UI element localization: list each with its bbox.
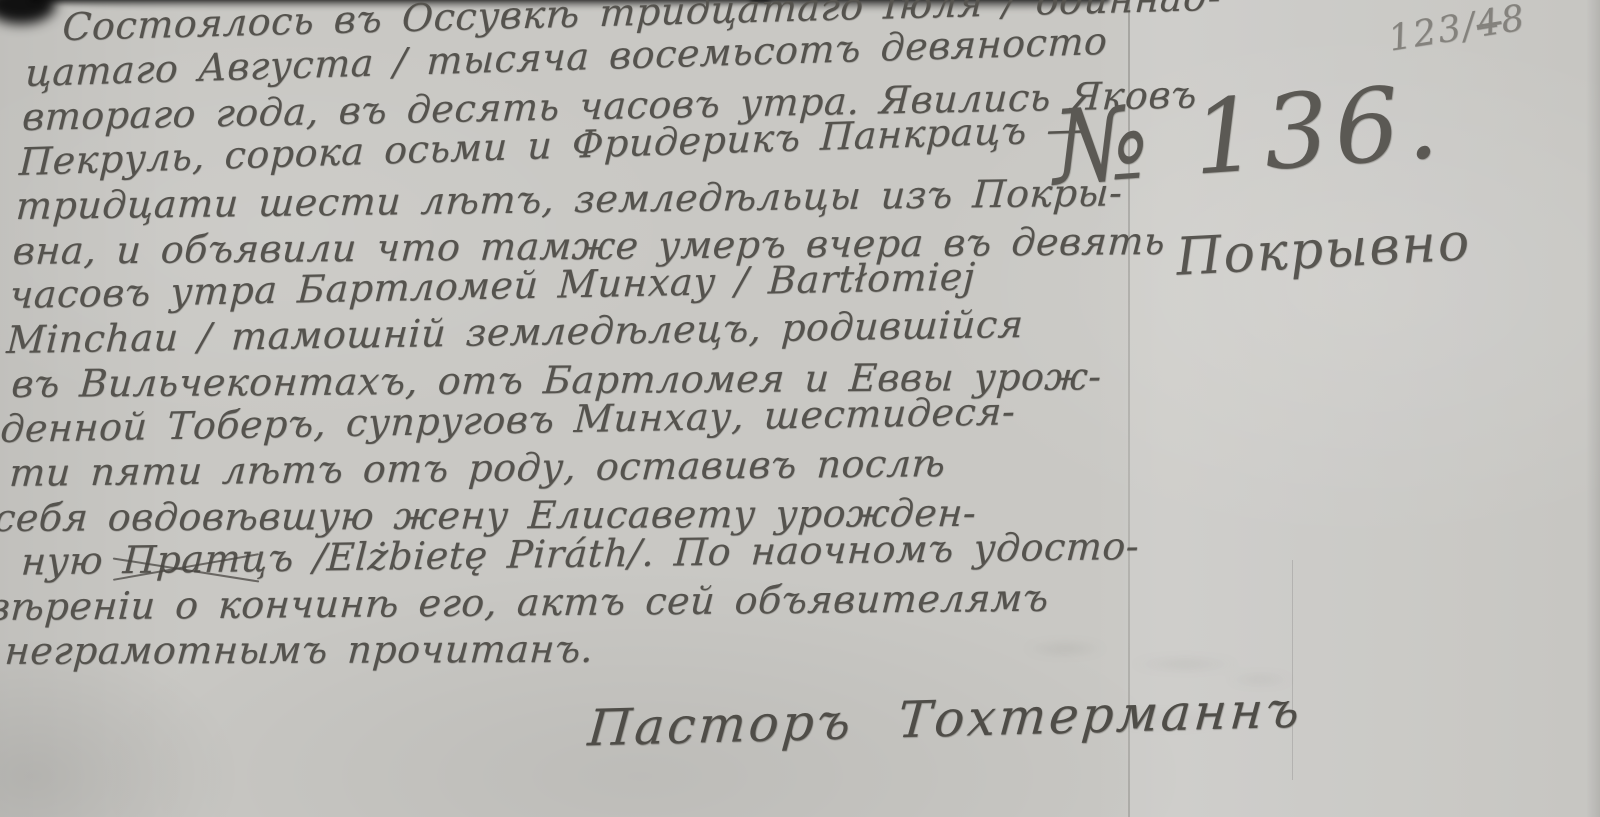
scan-edge-right: [1586, 0, 1600, 817]
margin-place-name: Покрывно: [1175, 212, 1473, 287]
document-scan: Состоялось въ Оссувкѣ тридцатаго Іюля / …: [0, 0, 1600, 817]
text-line: неграмотнымъ прочитанъ.: [0, 625, 1087, 673]
registrar-signature: Пасторъ Тохтерманнъ: [586, 681, 1305, 758]
pencil-reference-suffix: 8: [1498, 0, 1529, 42]
record-text: Состоялось въ Оссувкѣ тридцатаго Іюля / …: [0, 6, 1130, 674]
text-line: вѣреніи о кончинѣ его, актъ сей объявите…: [0, 575, 1090, 629]
pencil-reference-prefix: 123/: [1386, 5, 1480, 59]
pencil-archival-reference: 123/48: [1386, 0, 1529, 60]
